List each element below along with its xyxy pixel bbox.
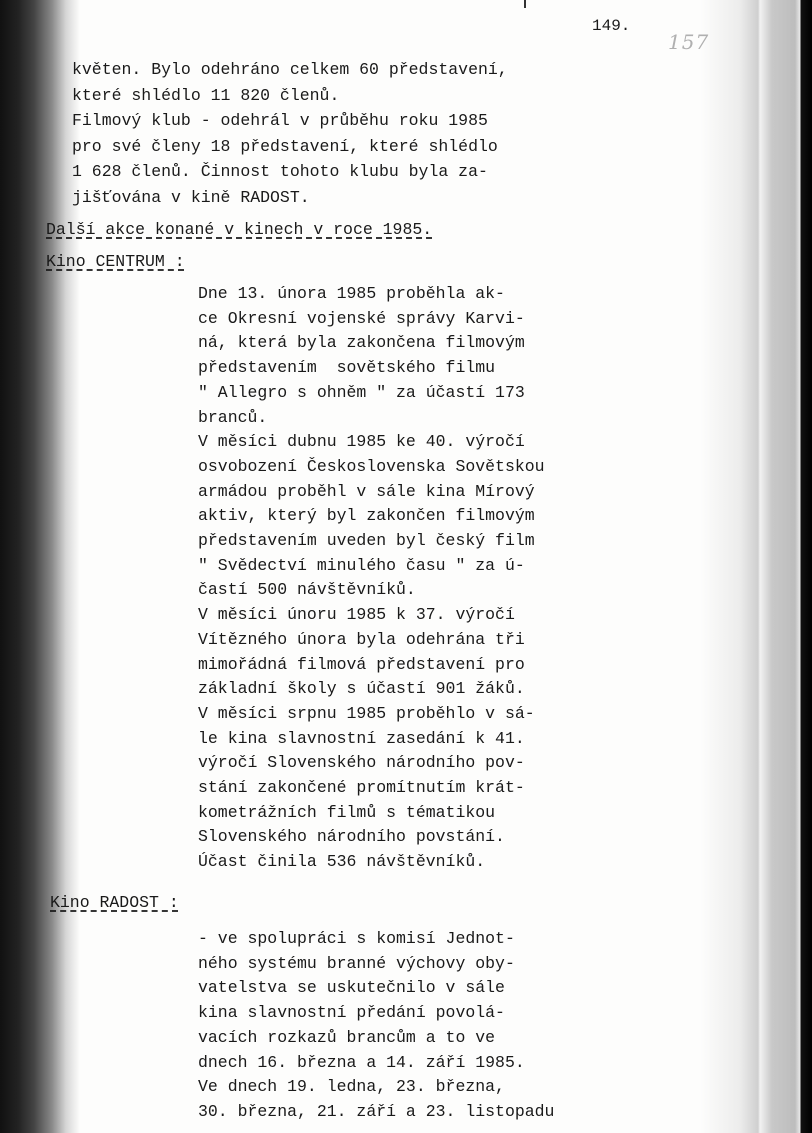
text-line: stání zakončené promítnutím krát- [198, 780, 525, 797]
text-line: le kina slavnostní zasedání k 41. [198, 731, 525, 748]
text-line: V měsíci srpnu 1985 proběhlo v sá- [198, 706, 535, 723]
text-line: základní školy s účastí 901 žáků. [198, 681, 525, 698]
text-line: vatelstva se uskutečnilo v sále [198, 980, 505, 997]
text-line: častí 500 návštěvníků. [198, 582, 416, 599]
text-line: kina slavnostní předání povolá- [198, 1005, 505, 1022]
text-line: které shlédlo 11 820 členů. [72, 88, 339, 105]
text-line: V měsíci dubnu 1985 ke 40. výročí [198, 434, 525, 451]
text-line: výročí Slovenského národního pov- [198, 755, 525, 772]
handwritten-page-number: 157 [668, 30, 709, 54]
text-line: " Svědectví minulého času " za ú- [198, 558, 525, 575]
text-line: Filmový klub - odehrál v průběhu roku 19… [72, 113, 488, 130]
text-line: ná, která byla zakončena filmovým [198, 335, 525, 352]
text-line: ce Okresní vojenské správy Karvi- [198, 311, 525, 328]
text-line: pro své členy 18 představení, které shlé… [72, 139, 498, 156]
document-page: 149. 157 květen. Bylo odehráno celkem 60… [0, 0, 812, 1133]
text-line: V měsíci únoru 1985 k 37. výročí [198, 607, 515, 624]
text-line: jišťována v kině RADOST. [72, 190, 310, 207]
text-line: Účast činila 536 návštěvníků. [198, 854, 485, 871]
kino-radost-heading: Kino RADOST : [50, 893, 179, 912]
text-line: aktiv, který byl zakončen filmovým [198, 508, 535, 525]
text-line: 30. března, 21. září a 23. listopadu [198, 1104, 554, 1121]
text-line: vacích rozkazů brancům a to ve [198, 1030, 495, 1047]
text-line: ného systému branné výchovy oby- [198, 956, 515, 973]
text-line: dnech 16. března a 14. září 1985. [198, 1055, 525, 1072]
text-line: představením uveden byl český film [198, 533, 535, 550]
text-line: představením sovětského filmu [198, 360, 495, 377]
section-heading: Další akce konané v kinech v roce 1985. [46, 220, 432, 239]
text-line: kometrážních filmů s tématikou [198, 805, 495, 822]
text-line: Vítězného února byla odehrána tři [198, 632, 525, 649]
kino-centrum-heading: Kino CENTRUM : [46, 252, 185, 271]
text-line: osvobození Československa Sovětskou [198, 459, 545, 476]
scan-mark [524, 0, 526, 8]
text-line: armádou proběhl v sále kina Mírový [198, 484, 535, 501]
text-line: - ve spolupráci s komisí Jednot- [198, 931, 515, 948]
text-line: květen. Bylo odehráno celkem 60 představ… [72, 62, 508, 79]
scan-right-edge [700, 0, 812, 1133]
text-line: branců. [198, 410, 267, 427]
page-number: 149. [592, 17, 630, 35]
text-line: Ve dnech 19. ledna, 23. března, [198, 1079, 505, 1096]
text-line: 1 628 členů. Činnost tohoto klubu byla z… [72, 164, 488, 181]
scan-binding-shadow [0, 0, 80, 1133]
text-line: Slovenského národního povstání. [198, 829, 505, 846]
text-line: Dne 13. února 1985 proběhla ak- [198, 286, 505, 303]
text-line: " Allegro s ohněm " za účastí 173 [198, 385, 525, 402]
text-line: mimořádná filmová představení pro [198, 657, 525, 674]
